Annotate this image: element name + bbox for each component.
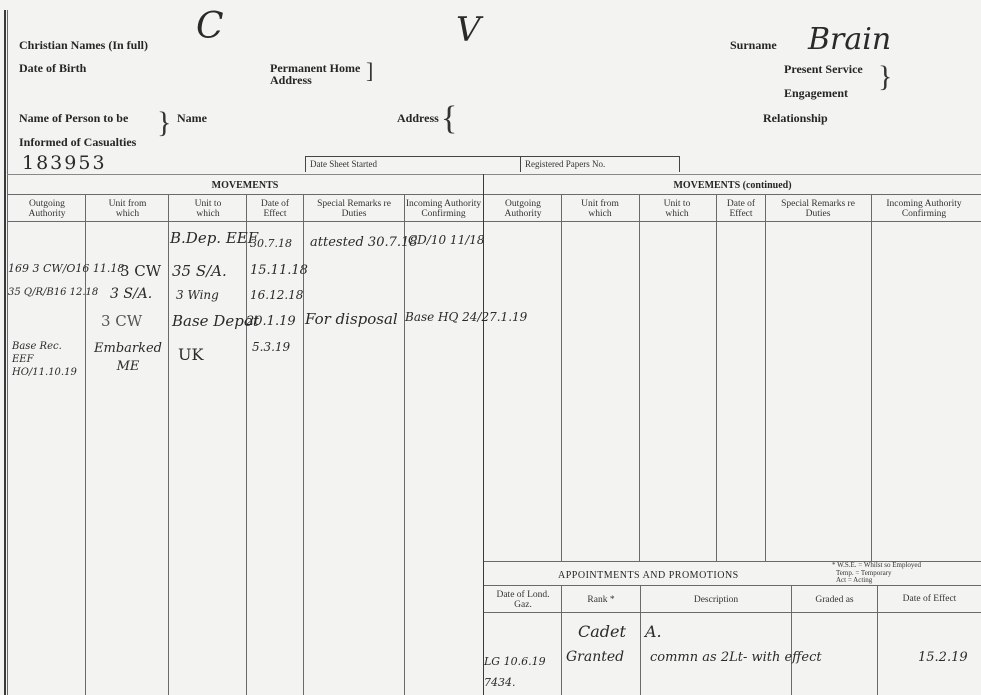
col-header-incoming: Incoming Authority Confirming — [874, 199, 974, 219]
cell-description[interactable]: A. — [645, 622, 662, 641]
brace-icon: } — [157, 112, 171, 134]
cell-unit-to[interactable]: 3 Wing — [176, 288, 219, 302]
movements-title-rule — [7, 194, 981, 195]
col-divider — [246, 194, 247, 695]
cell-rank[interactable]: Granted — [566, 649, 624, 665]
surname-value[interactable]: Brain — [808, 22, 891, 57]
col-divider — [765, 194, 766, 561]
brace-icon: ] — [366, 60, 373, 82]
col-divider — [561, 194, 562, 561]
movements-center-divider — [483, 174, 484, 695]
col-header-graded: Graded as — [792, 595, 877, 605]
cell-remarks[interactable]: For disposal — [305, 310, 398, 328]
date-sheet-started-box[interactable]: Date Sheet Started — [305, 156, 520, 172]
col-divider — [716, 194, 717, 561]
col-header-date: Date of Effect — [720, 199, 762, 219]
cell-rank[interactable]: Cadet — [578, 622, 626, 641]
col-header-unit-to: Unit to which — [183, 199, 233, 219]
christian-names-label: Christian Names (In full) — [19, 38, 148, 53]
page-left-border — [4, 10, 6, 695]
appointments-legend: * W.S.E. = Whilst so Employed Temp. = Te… — [832, 562, 921, 585]
col-header-description: Description — [641, 595, 791, 605]
cell-date[interactable]: 5.3.19 — [252, 340, 290, 354]
brace-icon: { — [441, 108, 457, 130]
col-header-unit-from: Unit from which — [100, 199, 155, 219]
cell-unit-from[interactable]: Embarked ME — [92, 340, 164, 376]
col-header-date: Date of Effect — [254, 199, 296, 219]
appointments-header-rule — [484, 612, 981, 613]
cell-date[interactable]: 16.12.18 — [250, 288, 303, 302]
present-service-label: Present Service — [784, 62, 863, 77]
registered-papers-box[interactable]: Registered Papers No. — [520, 156, 680, 172]
cell-incoming[interactable]: Base HQ 24/27.1.19 — [405, 310, 527, 324]
cell-date[interactable]: 20.1.19 — [246, 314, 296, 329]
col-header-remarks: Special Remarks re Duties — [772, 199, 864, 219]
date-of-birth-label: Date of Birth — [19, 61, 86, 76]
col-header-date-gaz: Date of Lond. Gaz. — [490, 590, 556, 610]
col-header-incoming: Incoming Authority Confirming — [404, 199, 483, 219]
cell-outgoing[interactable]: 35 Q/R/B16 12.18 — [8, 287, 98, 298]
col-header-remarks: Special Remarks re Duties — [308, 199, 400, 219]
col-header-outgoing: Outgoing Authority — [14, 199, 80, 219]
col-divider — [404, 194, 405, 695]
col-header-outgoing: Outgoing Authority — [492, 199, 554, 219]
cell-unit-from[interactable]: 3 S/A. — [110, 286, 152, 302]
col-header-date-effect: Date of Effect — [878, 594, 981, 604]
col-header-unit-from: Unit from which — [572, 199, 628, 219]
section-divider — [7, 174, 981, 175]
cell-description[interactable]: commn as 2Lt- with effect — [650, 650, 822, 665]
movements-title: MOVEMENTS — [7, 180, 483, 191]
cell-unit-to[interactable]: UK — [178, 345, 203, 364]
christian-names-value[interactable]: C — [196, 6, 224, 47]
address-label: Address — [397, 111, 439, 126]
cell-date-effect[interactable]: 15.2.19 — [918, 650, 968, 665]
person-informed-label-line1: Name of Person to be — [19, 111, 128, 126]
name-label: Name — [177, 111, 207, 126]
date-sheet-started-label: Date Sheet Started — [310, 159, 377, 169]
cell-remarks[interactable]: attested 30.7.18 — [310, 235, 418, 250]
col-header-rank: Rank * — [562, 595, 640, 605]
col-header-unit-to: Unit to which — [652, 199, 702, 219]
cell-unit-to[interactable]: B.Dep. EEF — [170, 229, 258, 247]
cell-unit-from[interactable]: 3 CW — [101, 312, 142, 330]
col-divider — [871, 194, 872, 561]
cell-outgoing[interactable]: Base Rec. EEF HO/11.10.19 — [12, 340, 84, 379]
movements-header-rule — [7, 221, 981, 222]
cell-unit-to[interactable]: 35 S/A. — [172, 262, 227, 280]
registered-papers-label: Registered Papers No. — [525, 159, 605, 169]
relationship-label: Relationship — [763, 111, 828, 126]
surname-label: Surname — [730, 38, 777, 53]
cell-incoming[interactable]: CD/10 11/18 — [408, 233, 485, 247]
engagement-label: Engagement — [784, 86, 848, 101]
person-informed-label-line2: Informed of Casualties — [19, 135, 136, 150]
appointments-title-rule — [484, 585, 981, 586]
service-number[interactable]: 183953 — [22, 152, 107, 174]
appointments-title: APPOINTMENTS AND PROMOTIONS — [558, 570, 739, 581]
page-left-border-inner — [7, 10, 8, 695]
movements-continued-title: MOVEMENTS (continued) — [484, 180, 981, 191]
initial-mid-value[interactable]: V — [456, 10, 481, 50]
cell-date[interactable]: 30.7.18 — [250, 237, 292, 250]
cell-date-gaz[interactable]: LG 10.6.19 7434. — [484, 651, 560, 693]
col-divider — [168, 194, 169, 695]
cell-unit-from[interactable]: 3 CW — [120, 262, 161, 280]
permanent-home-address-label: Address — [270, 73, 312, 88]
col-divider — [639, 194, 640, 561]
cell-date[interactable]: 15.11.18 — [250, 263, 308, 278]
brace-icon: } — [878, 66, 892, 88]
cell-outgoing[interactable]: 169 3 CW/O16 11.18 — [8, 262, 124, 275]
legend-act: Act = Acting — [832, 577, 921, 585]
